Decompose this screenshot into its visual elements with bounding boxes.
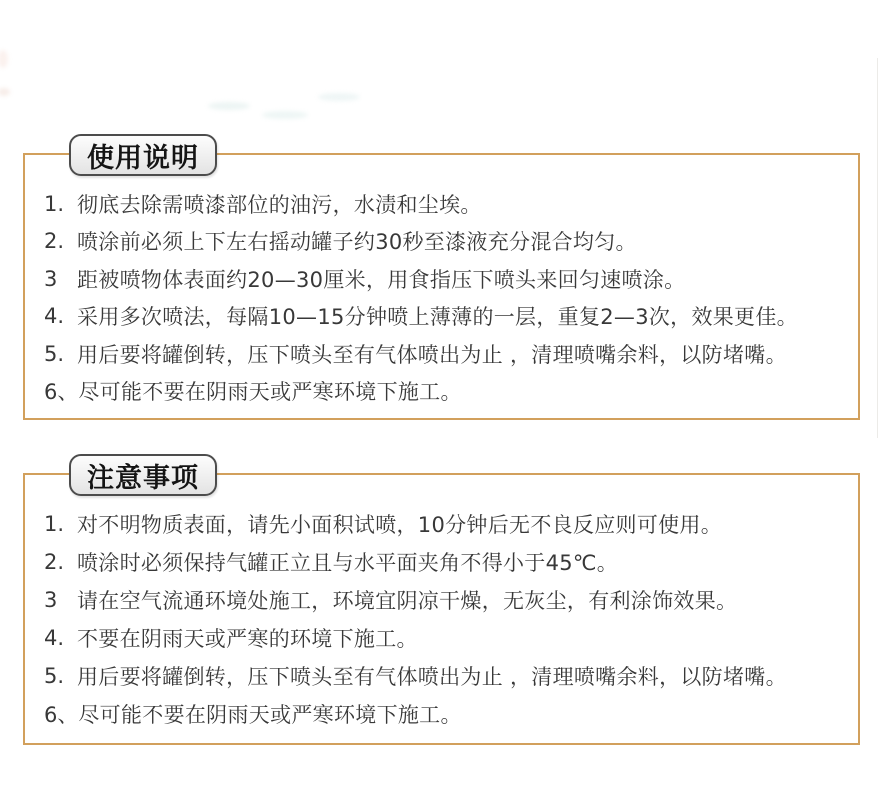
list-item: 5. 用后要将罐倒转，压下喷头至有气体喷出为止 ，清理喷嘴余料，以防堵嘴。 bbox=[44, 657, 852, 695]
item-number: 5. bbox=[44, 342, 77, 366]
scan-artifact bbox=[318, 93, 360, 101]
section-title: 注意事项 bbox=[87, 456, 199, 495]
item-text: 尽可能不要在阴雨天或严寒环境下施工。 bbox=[78, 376, 461, 406]
page-edge-line bbox=[877, 58, 878, 438]
item-text: 喷涂时必须保持气罐正立且与水平面夹角不得小于45℃。 bbox=[77, 547, 618, 577]
item-number: 1. bbox=[44, 192, 77, 216]
list-item: 1. 彻底去除需喷漆部位的油污，水渍和尘埃。 bbox=[44, 185, 852, 223]
precautions-title-badge: 注意事项 bbox=[69, 454, 217, 496]
precautions-panel: 注意事项 1. 对不明物质表面，请先小面积试喷，10分钟后无不良反应则可使用。 … bbox=[23, 473, 860, 745]
list-item: 3 距被喷物体表面约20—30厘米，用食指压下喷头来回匀速喷涂。 bbox=[44, 260, 852, 298]
list-item: 4. 采用多次喷法，每隔10—15分钟喷上薄薄的一层，重复2—3次，效果更佳。 bbox=[44, 298, 852, 336]
list-item: 1. 对不明物质表面，请先小面积试喷，10分钟后无不良反应则可使用。 bbox=[44, 505, 852, 543]
list-item: 6、 尽可能不要在阴雨天或严寒环境下施工。 bbox=[44, 695, 852, 733]
item-text: 不要在阴雨天或严寒的环境下施工。 bbox=[77, 623, 418, 653]
list-item: 2. 喷涂时必须保持气罐正立且与水平面夹角不得小于45℃。 bbox=[44, 543, 852, 581]
scan-artifact bbox=[208, 102, 250, 110]
item-number: 4. bbox=[44, 626, 77, 650]
item-number: 3 bbox=[44, 588, 77, 612]
usage-instructions-list: 1. 彻底去除需喷漆部位的油污，水渍和尘埃。 2. 喷涂前必须上下左右摇动罐子约… bbox=[25, 155, 858, 410]
scan-artifact bbox=[0, 88, 10, 96]
usage-instructions-panel: 使用说明 1. 彻底去除需喷漆部位的油污，水渍和尘埃。 2. 喷涂前必须上下左右… bbox=[23, 153, 860, 420]
item-text: 对不明物质表面，请先小面积试喷，10分钟后无不良反应则可使用。 bbox=[77, 509, 722, 539]
precautions-list: 1. 对不明物质表面，请先小面积试喷，10分钟后无不良反应则可使用。 2. 喷涂… bbox=[25, 475, 858, 733]
item-text: 喷涂前必须上下左右摇动罐子约30秒至漆液充分混合均匀。 bbox=[77, 226, 637, 256]
item-number: 1. bbox=[44, 512, 77, 536]
item-text: 请在空气流通环境处施工，环境宜阴凉干燥，无灰尘，有利涂饰效果。 bbox=[77, 585, 737, 615]
list-item: 3 请在空气流通环境处施工，环境宜阴凉干燥，无灰尘，有利涂饰效果。 bbox=[44, 581, 852, 619]
item-number: 3 bbox=[44, 267, 77, 291]
item-text: 用后要将罐倒转，压下喷头至有气体喷出为止 ，清理喷嘴余料，以防堵嘴。 bbox=[77, 339, 787, 369]
section-title: 使用说明 bbox=[87, 136, 199, 175]
item-number: 6、 bbox=[44, 699, 78, 729]
list-item: 2. 喷涂前必须上下左右摇动罐子约30秒至漆液充分混合均匀。 bbox=[44, 223, 852, 261]
list-item: 5. 用后要将罐倒转，压下喷头至有气体喷出为止 ，清理喷嘴余料，以防堵嘴。 bbox=[44, 335, 852, 373]
item-number: 4. bbox=[44, 304, 77, 328]
usage-instructions-title-badge: 使用说明 bbox=[69, 134, 217, 176]
item-number: 6、 bbox=[44, 376, 78, 406]
list-item: 6、 尽可能不要在阴雨天或严寒环境下施工。 bbox=[44, 373, 852, 411]
item-number: 5. bbox=[44, 664, 77, 688]
scan-artifact bbox=[262, 111, 308, 119]
item-text: 尽可能不要在阴雨天或严寒环境下施工。 bbox=[78, 699, 461, 729]
item-text: 距被喷物体表面约20—30厘米，用食指压下喷头来回匀速喷涂。 bbox=[77, 264, 685, 294]
item-text: 采用多次喷法，每隔10—15分钟喷上薄薄的一层，重复2—3次，效果更佳。 bbox=[77, 301, 798, 331]
item-number: 2. bbox=[44, 229, 77, 253]
product-instructions-page: 使用说明 1. 彻底去除需喷漆部位的油污，水渍和尘埃。 2. 喷涂前必须上下左右… bbox=[0, 0, 880, 806]
item-text: 彻底去除需喷漆部位的油污，水渍和尘埃。 bbox=[77, 189, 482, 219]
scan-artifact bbox=[0, 50, 8, 68]
item-number: 2. bbox=[44, 550, 77, 574]
item-text: 用后要将罐倒转，压下喷头至有气体喷出为止 ，清理喷嘴余料，以防堵嘴。 bbox=[77, 661, 787, 691]
list-item: 4. 不要在阴雨天或严寒的环境下施工。 bbox=[44, 619, 852, 657]
